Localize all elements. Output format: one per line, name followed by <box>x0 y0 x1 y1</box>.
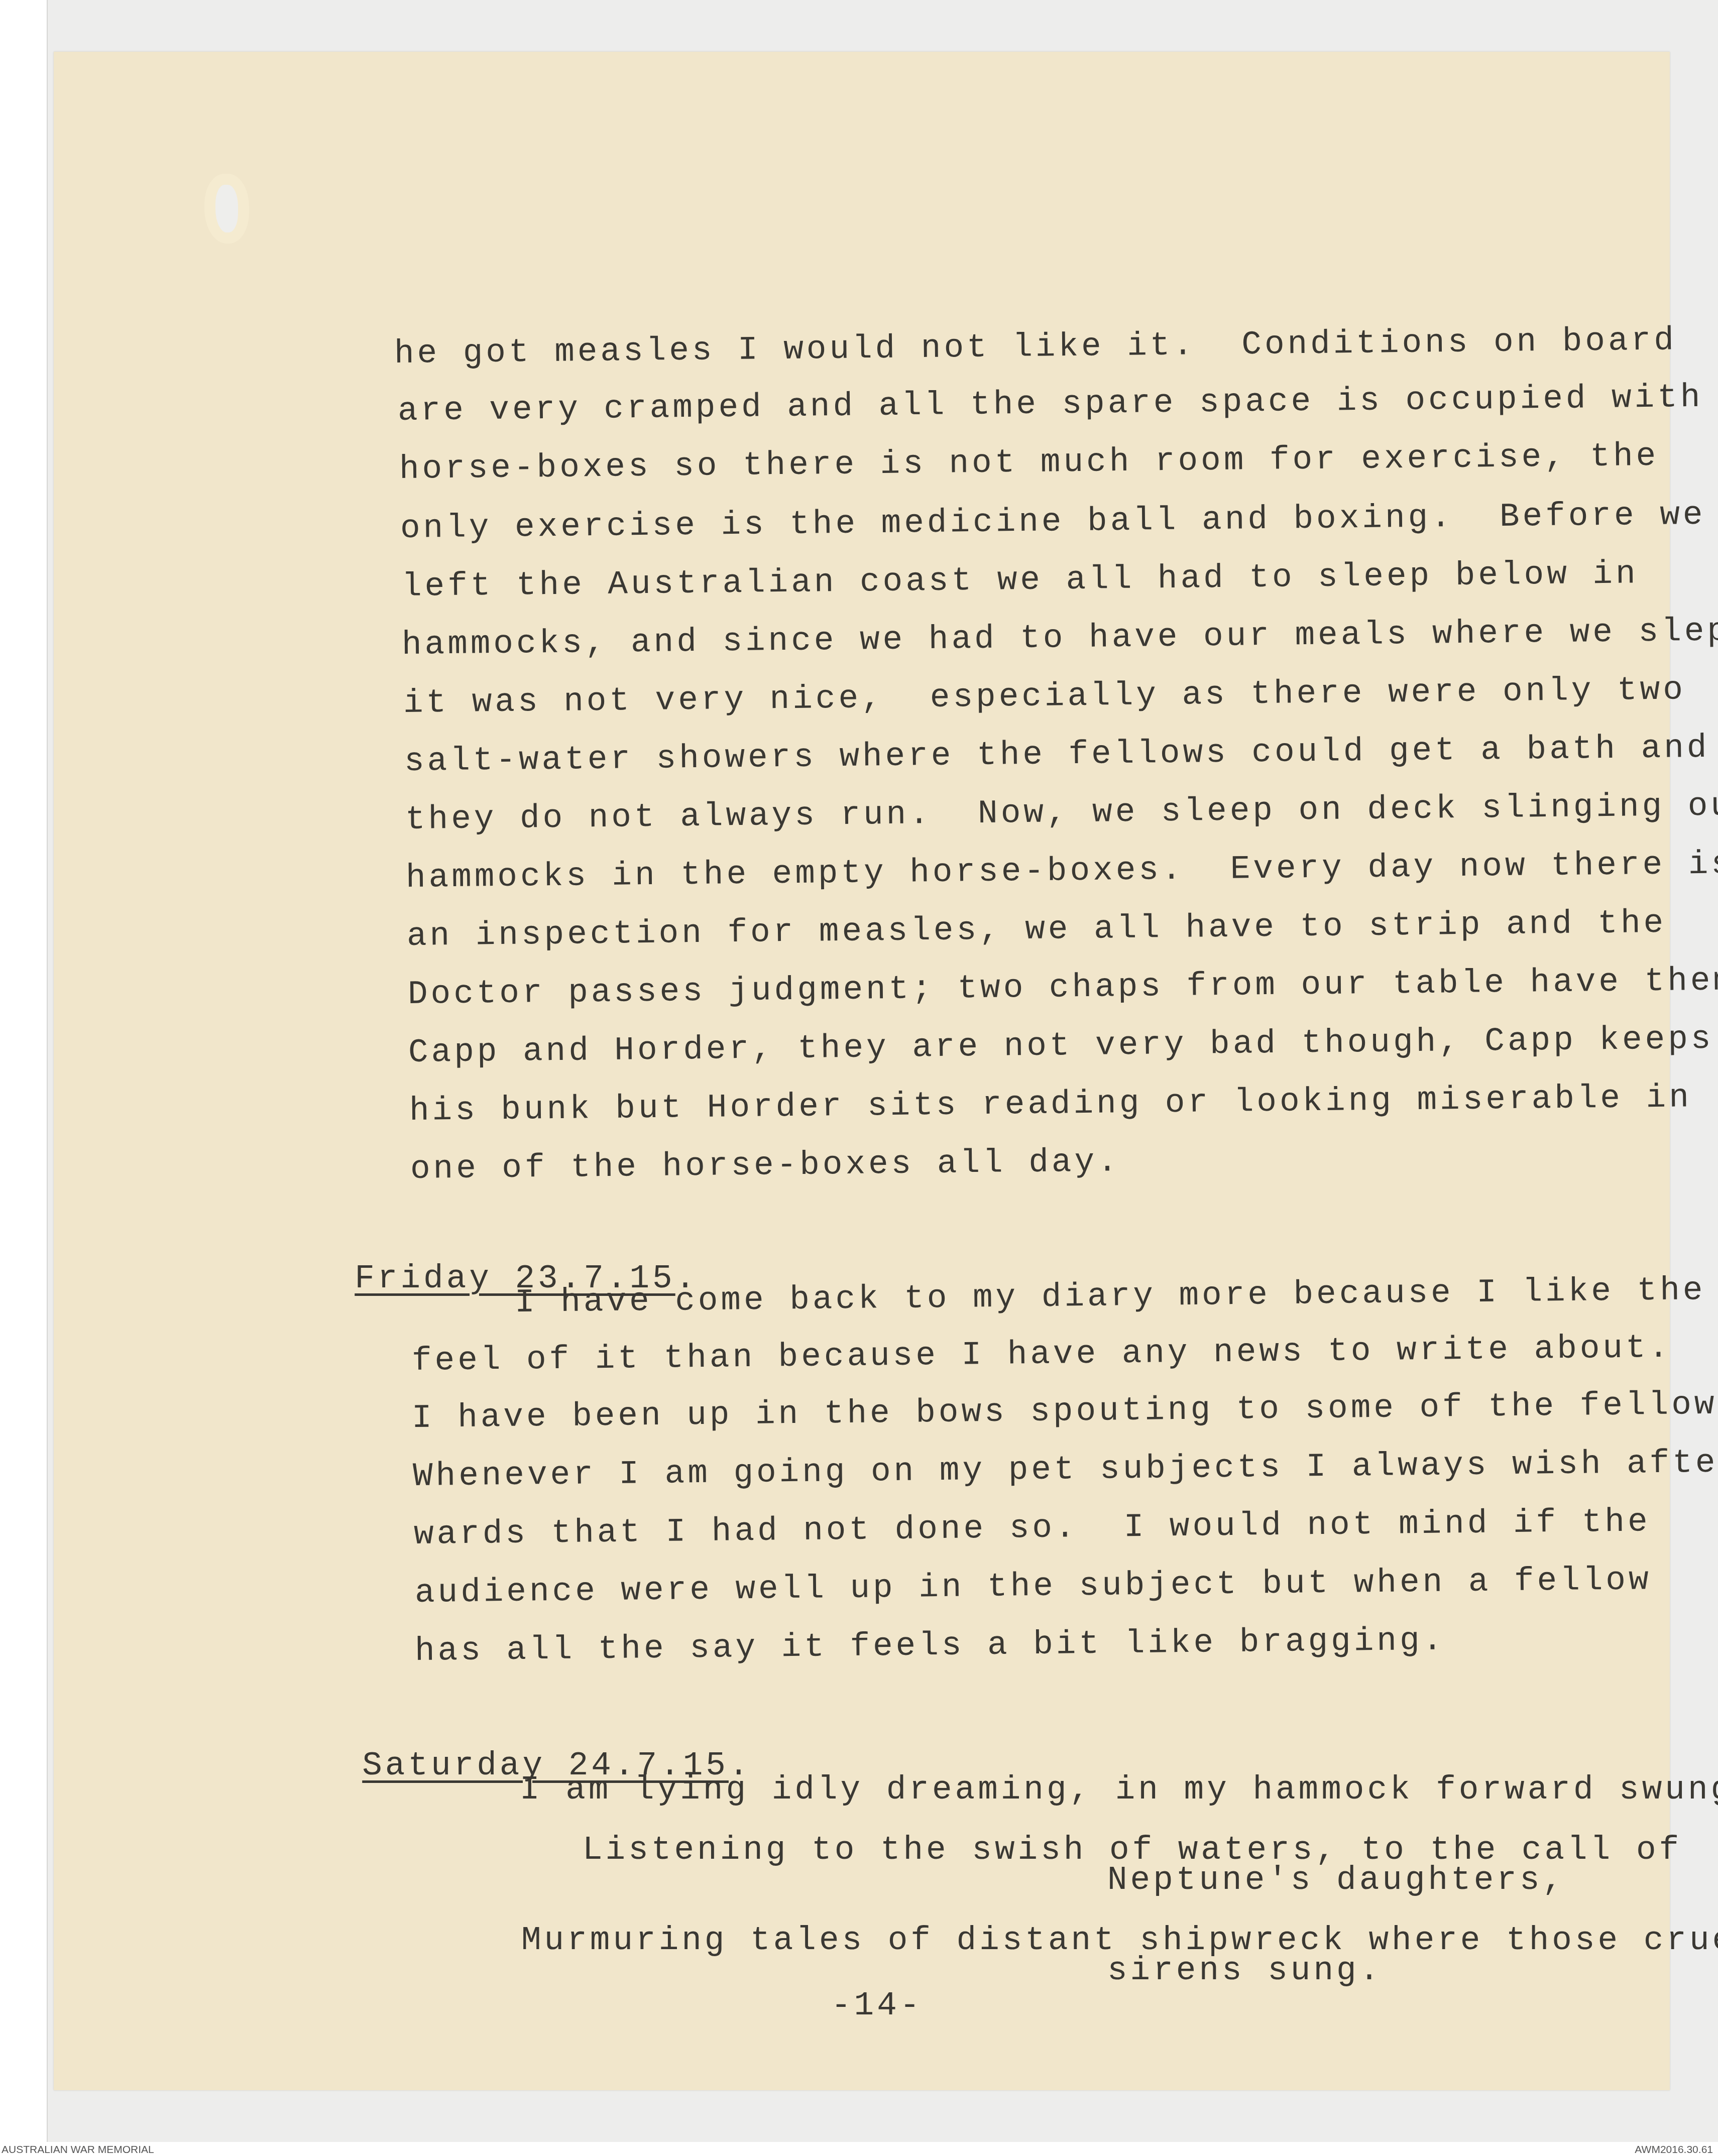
poem-line: Neptune's daughters, <box>1107 1864 1565 1897</box>
poem-line: sirens sung. <box>1107 1954 1382 1987</box>
poem-line: I am lying idly dreaming, in my hammock … <box>520 1773 1718 1807</box>
text-line: one of the horse-boxes all day. <box>410 1145 1120 1186</box>
institution-label: AUSTRALIAN WAR MEMORIAL <box>2 2144 154 2156</box>
punch-hole <box>215 185 238 232</box>
accession-number: AWM2016.30.61 <box>1635 2144 1713 2156</box>
page-number: -14- <box>831 1989 923 2022</box>
